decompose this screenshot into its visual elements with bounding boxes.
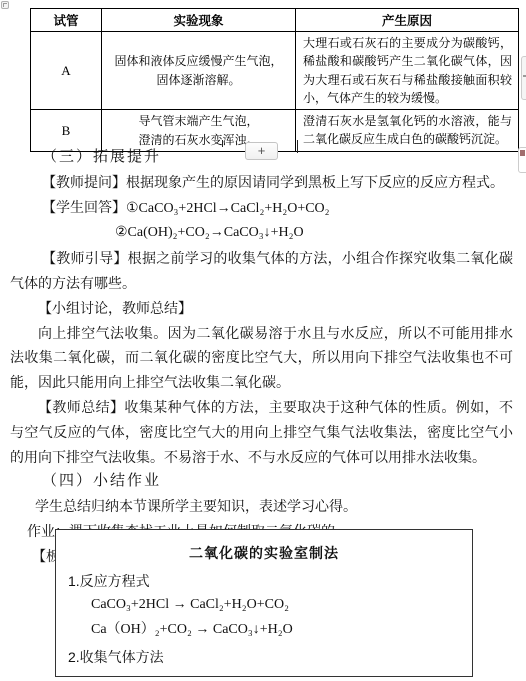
edge-widget-button[interactable] — [521, 56, 526, 100]
tube-a-cell: A — [31, 32, 102, 110]
table-header-row: 试管 实验现象 产生原因 — [31, 9, 519, 32]
header-cause: 产生原因 — [296, 9, 519, 32]
equation-2: ②Ca(OH)₂+CO₂→CaCO₃↓+H₂O — [10, 221, 513, 246]
student-answer-label: 【学生回答】 — [42, 199, 126, 215]
edge-widget-button[interactable] — [518, 147, 526, 173]
teacher-summary-paragraph: 【教师总结】收集某种气体的方法，主要取决于这种气体的性质。例如，不与空气反应的气… — [10, 395, 513, 469]
section-heading-4: （四）小结作业 — [10, 469, 513, 494]
board-equation-2: Ca（OH）₂+CO₂ → CaCO₃↓+H₂O — [56, 618, 472, 643]
group-discussion-label: 【小组讨论，教师总结】 — [10, 296, 513, 321]
board-title: 二氧化碳的实验室制法 — [56, 541, 472, 566]
board-item-2: 2.收集气体方法 — [56, 645, 472, 670]
equation-1: ①CaCO₃+2HCl→CaCl₂+H₂O+CO₂ — [126, 201, 330, 216]
experiment-table: 试管 实验现象 产生原因 A 固体和液体反应缓慢产生气泡， 固体逐渐溶解。 大理… — [30, 8, 519, 152]
cause-a-cell: 大理石或石灰石的主要成分为碳酸钙，稀盐酸和碳酸钙产生二氧化碳气体，因为大理石或石… — [296, 32, 519, 110]
header-tube: 试管 — [31, 9, 102, 32]
student-summary-line: 学生总结归纳本节课所学主要知识，表述学习心得。 — [10, 494, 513, 519]
teacher-question-paragraph: 【教师提问】根据现象产生的原因请同学到黑板上写下反应的反应方程式。 — [10, 170, 513, 195]
teacher-guide-paragraph: 【教师引导】根据之前学习的收集气体的方法，小组合作探究收集二氧化碳气体的方法有哪… — [10, 246, 513, 296]
board-item-1: 1.反应方程式 — [56, 569, 472, 594]
phenomenon-b-line1: 导气管末端产生气泡， — [106, 112, 291, 131]
blackboard-design-box: 二氧化碳的实验室制法 1.反应方程式 CaCO₃+2HCl → CaCl₂+H₂… — [55, 529, 473, 677]
document-page: 试管 实验现象 产生原因 A 固体和液体反应缓慢产生气泡， 固体逐渐溶解。 大理… — [0, 0, 526, 681]
table-row: A 固体和液体反应缓慢产生气泡， 固体逐渐溶解。 大理石或石灰石的主要成分为碳酸… — [31, 32, 519, 110]
header-phenomenon: 实验现象 — [102, 9, 296, 32]
phenomenon-a-line1: 固体和液体反应缓慢产生气泡， — [106, 52, 291, 71]
section-heading-3: （三）拓展提升 — [10, 145, 513, 170]
table-move-handle-icon[interactable] — [1, 1, 9, 9]
phenomenon-a-cell: 固体和液体反应缓慢产生气泡， 固体逐渐溶解。 — [102, 32, 296, 110]
student-answer-paragraph: 【学生回答】①CaCO₃+2HCl→CaCl₂+H₂O+CO₂ — [10, 195, 513, 222]
phenomenon-a-line2: 固体逐渐溶解。 — [106, 71, 291, 90]
board-equation-1: CaCO₃+2HCl → CaCl₂+H₂O+CO₂ — [56, 593, 472, 618]
lesson-body: （三）拓展提升 【教师提问】根据现象产生的原因请同学到黑板上写下反应的反应方程式… — [10, 145, 513, 569]
collection-method-paragraph: 向上排空气法收集。因为二氧化碳易溶于水且与水反应，所以不可能用排水法收集二氧化碳… — [10, 321, 513, 395]
thumbnail-icon — [520, 150, 525, 156]
